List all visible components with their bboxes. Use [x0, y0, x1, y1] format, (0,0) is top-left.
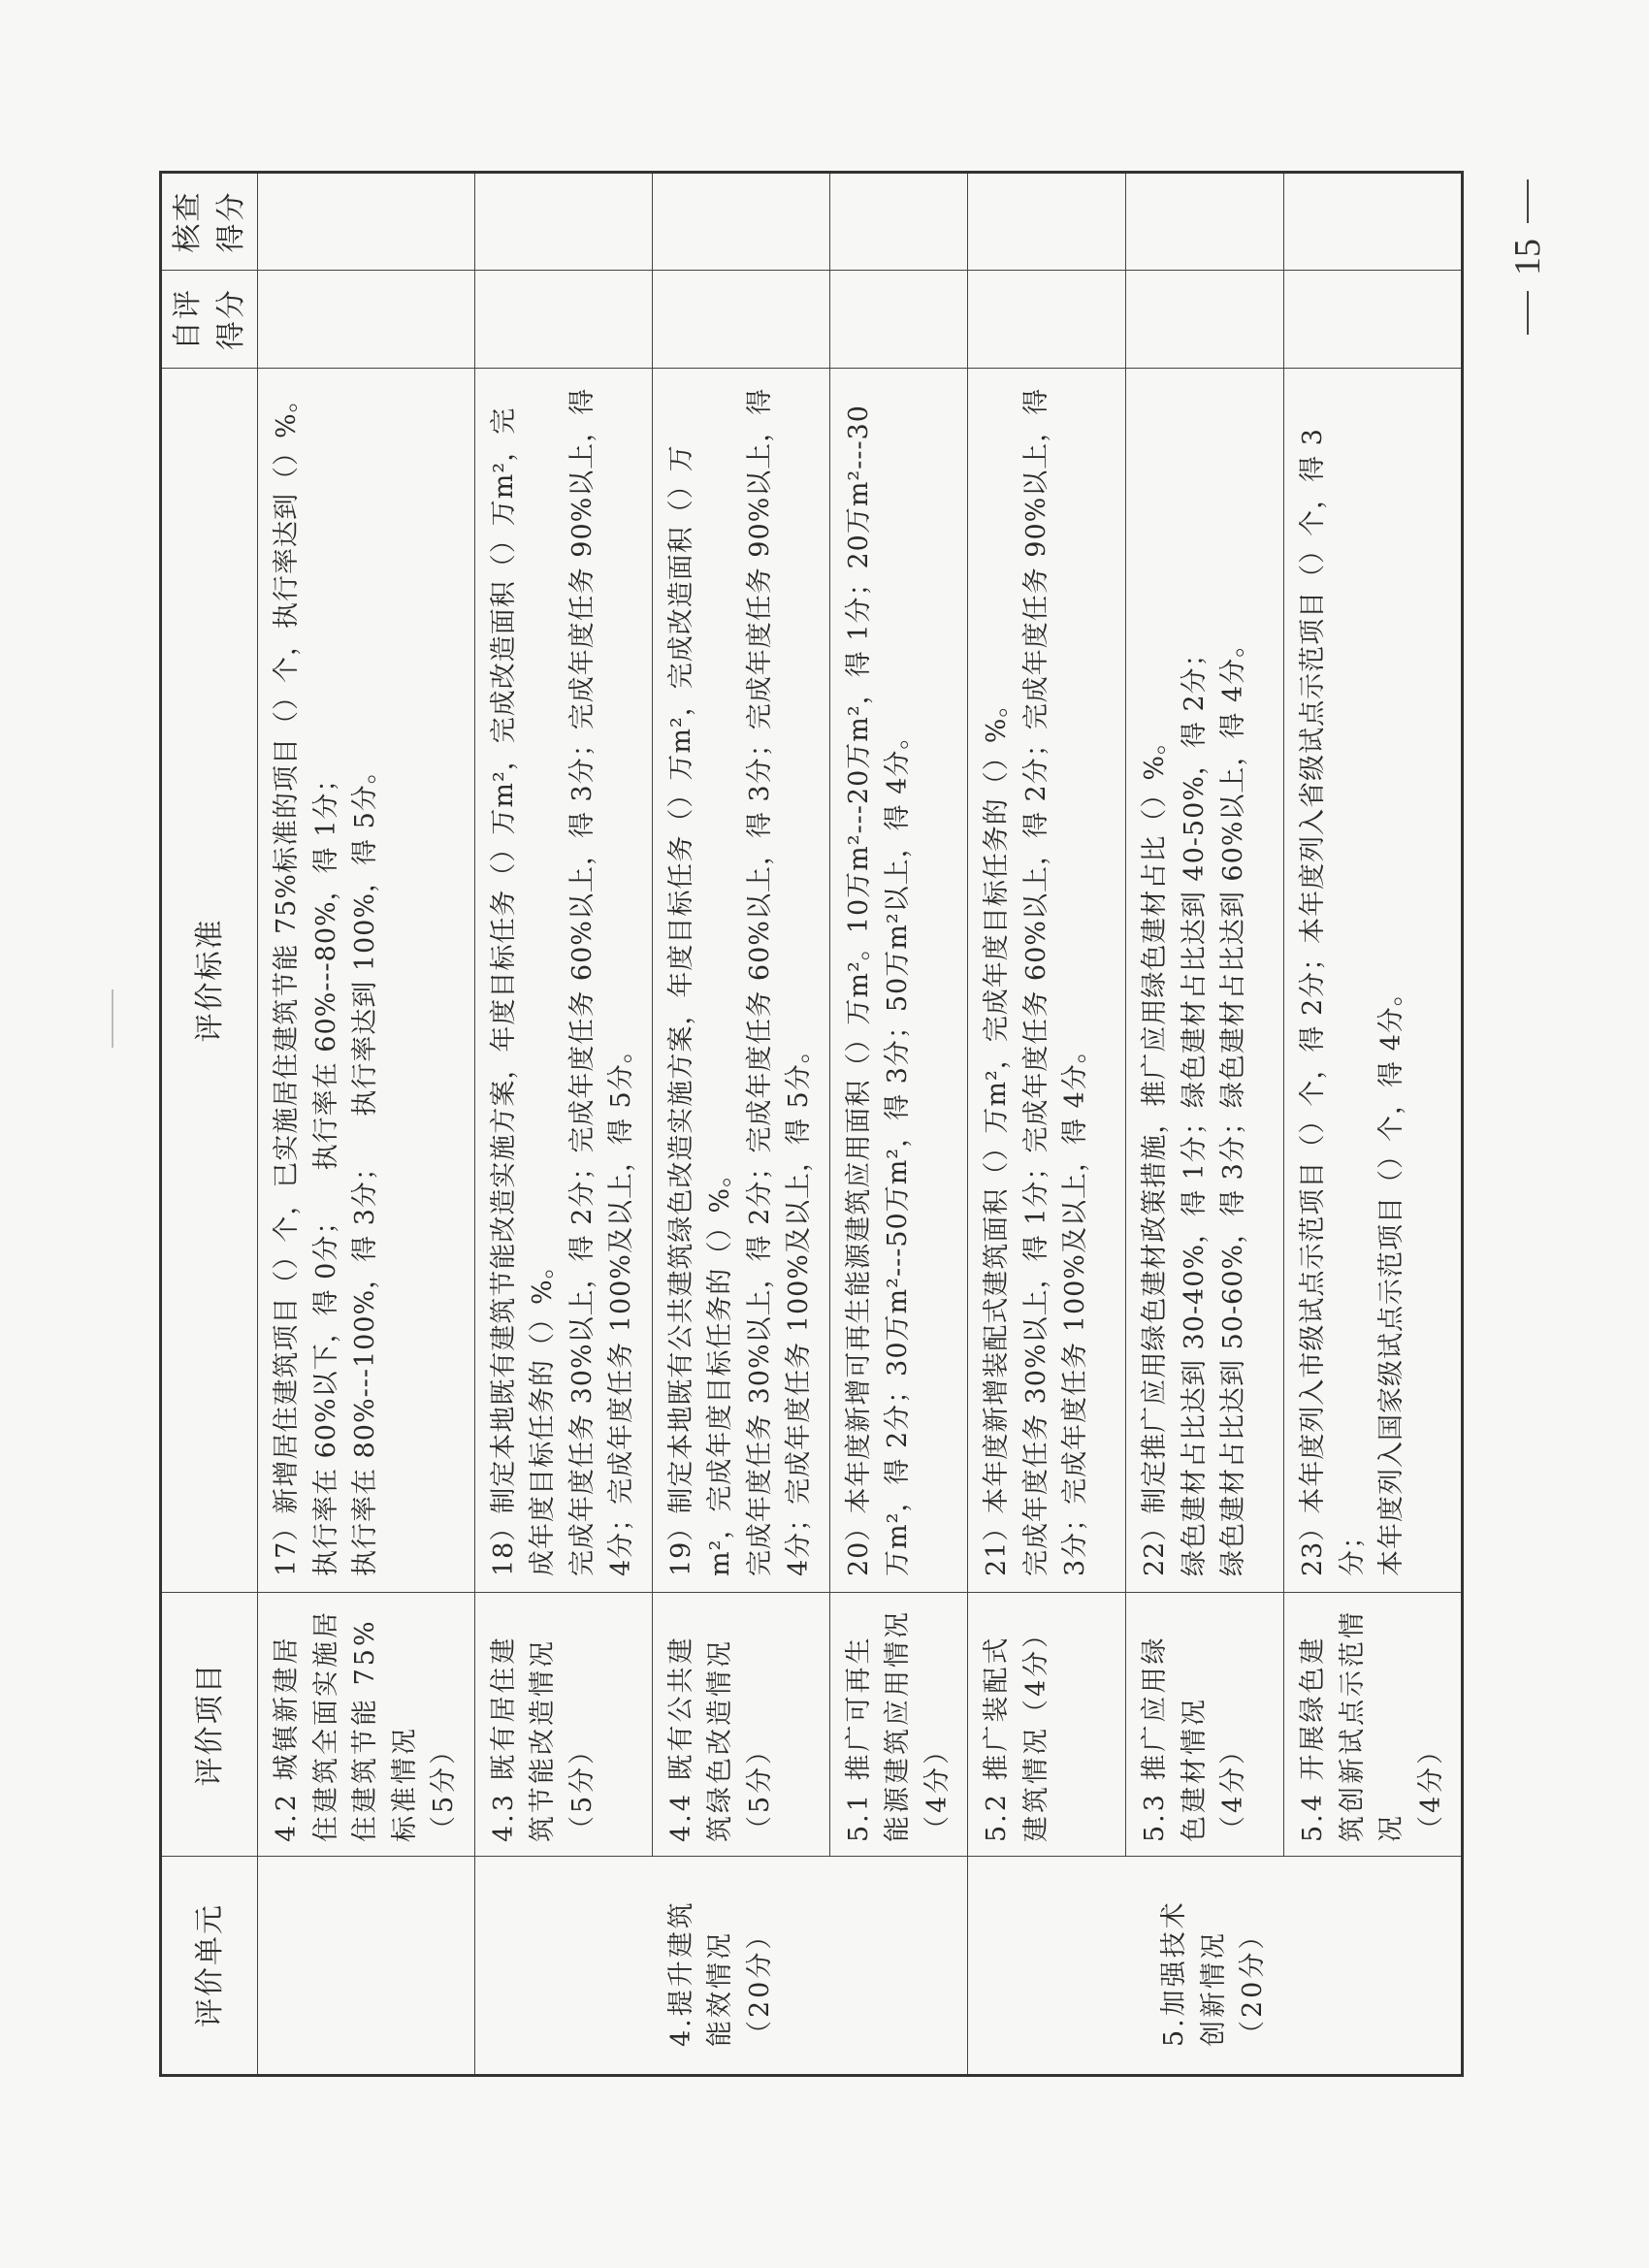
self-score-cell[interactable]	[1126, 271, 1284, 369]
check-score-cell[interactable]	[258, 173, 475, 271]
table-header-row: 评价单元 评价项目 评价标准 自评 得分 核查 得分	[161, 173, 258, 2076]
criteria-line: 执行率在 60%以下，得 0分； 执行率在 60%---80%，得 1分；	[307, 384, 347, 1576]
criteria-line: 20）本年度新增可再生能源建筑应用面积（）万m²。10万m²---20万m²，得…	[840, 384, 919, 1576]
evaluation-item: 4.3 既有居住建筑节能改造情况 （5分）	[474, 1593, 652, 1857]
table-row: 5.3 推广应用绿色建材情况 （4分）22）制定推广应用绿色建材政策措施，推广应…	[1126, 173, 1284, 2076]
page-number-text: 15	[1506, 239, 1549, 275]
evaluation-criteria: 19）制定本地既有公共建筑绿色改造实施方案，年度目标任务（）万m²，完成改造面积…	[652, 369, 829, 1593]
table-row: 4.提升建筑 能效情况 （20分）4.3 既有居住建筑节能改造情况 （5分）18…	[474, 173, 652, 2076]
check-score-cell[interactable]	[474, 173, 652, 271]
criteria-line: 22）制定推广应用绿色建材政策措施，推广应用绿色建材占比（）%。	[1136, 384, 1176, 1576]
evaluation-item: 4.4 既有公共建筑绿色改造情况 （5分）	[652, 1593, 829, 1857]
evaluation-criteria: 23）本年度列入市级试点示范项目（）个，得 2分；本年度列入省级试点示范项目（）…	[1284, 369, 1463, 1593]
evaluation-unit-cell: 4.提升建筑 能效情况 （20分）	[474, 1857, 968, 2076]
check-score-cell[interactable]	[829, 173, 968, 271]
criteria-line: 23）本年度列入市级试点示范项目（）个，得 2分；本年度列入省级试点示范项目（）…	[1294, 384, 1373, 1576]
evaluation-unit-label: 5.加强技术 创新情况 （20分）	[1155, 1866, 1274, 2047]
criteria-line: 本年度列入国家级试点示范项目（）个，得 4分。	[1373, 384, 1412, 1576]
page-number: 15	[1499, 179, 1557, 335]
evaluation-unit-cell: 5.加强技术 创新情况 （20分）	[968, 1857, 1463, 2076]
evaluation-criteria: 18）制定本地既有建筑节能改造实施方案，年度目标任务（）万m²，完成改造面积（）…	[474, 369, 652, 1593]
page-number-dash-top	[1527, 179, 1529, 223]
criteria-line: 完成年度任务 30%以上，得 1分；完成年度任务 60%以上，得 2分；完成年度…	[1018, 384, 1096, 1576]
header-self-score: 自评 得分	[161, 271, 258, 369]
page-number-dash-bottom	[1527, 291, 1529, 335]
self-score-cell[interactable]	[652, 271, 829, 369]
evaluation-criteria: 22）制定推广应用绿色建材政策措施，推广应用绿色建材占比（）%。绿色建材占比达到…	[1126, 369, 1284, 1593]
evaluation-item: 5.4 开展绿色建筑创新试点示范情况 （4分）	[1284, 1593, 1463, 1857]
header-criteria: 评价标准	[161, 369, 258, 1593]
evaluation-criteria: 20）本年度新增可再生能源建筑应用面积（）万m²。10万m²---20万m²，得…	[829, 369, 968, 1593]
criteria-line: 绿色建材占比达到 30-40%，得 1分；绿色建材占比达到 40-50%，得 2…	[1176, 384, 1215, 1576]
criteria-line: 完成年度任务 30%以上，得 2分；完成年度任务 60%以上，得 3分；完成年度…	[741, 384, 820, 1576]
header-unit: 评价单元	[161, 1857, 258, 2076]
evaluation-unit-cell-empty	[258, 1857, 475, 2076]
rotated-table-container: 评价单元 评价项目 评价标准 自评 得分 核查 得分 4.2 城镇新建居住建筑全…	[159, 174, 1335, 2077]
evaluation-item: 5.3 推广应用绿色建材情况 （4分）	[1126, 1593, 1284, 1857]
criteria-line: 21）本年度新增装配式建筑面积（）万m²，完成年度目标任务的（）%。	[978, 384, 1018, 1576]
self-score-cell[interactable]	[968, 271, 1126, 369]
check-score-cell[interactable]	[1126, 173, 1284, 271]
criteria-line: 执行率在 80%---100%，得 3分； 执行率达到 100%，得 5分。	[346, 384, 386, 1576]
evaluation-item: 5.2 推广装配式建筑情况（4分）	[968, 1593, 1126, 1857]
table-row: 5.1 推广可再生能源建筑应用情况 （4分）20）本年度新增可再生能源建筑应用面…	[829, 173, 968, 2076]
table-row: 4.4 既有公共建筑绿色改造情况 （5分）19）制定本地既有公共建筑绿色改造实施…	[652, 173, 829, 2076]
check-score-cell[interactable]	[652, 173, 829, 271]
evaluation-item: 4.2 城镇新建居住建筑全面实施居住建筑节能 75%标准情况 （5分）	[258, 1593, 475, 1857]
criteria-line: 17）新增居住建筑项目（）个，已实施居住建筑节能 75%标准的项目（）个，执行率…	[268, 384, 307, 1576]
evaluation-criteria: 21）本年度新增装配式建筑面积（）万m²，完成年度目标任务的（）%。完成年度任务…	[968, 369, 1126, 1593]
check-score-cell[interactable]	[1284, 173, 1463, 271]
header-check-score: 核查 得分	[161, 173, 258, 271]
criteria-line: 完成年度任务 30%以上，得 2分；完成年度任务 60%以上，得 3分；完成年度…	[564, 384, 642, 1576]
evaluation-table: 评价单元 评价项目 评价标准 自评 得分 核查 得分 4.2 城镇新建居住建筑全…	[159, 171, 1464, 2077]
criteria-line: 18）制定本地既有建筑节能改造实施方案，年度目标任务（）万m²，完成改造面积（）…	[485, 384, 564, 1576]
evaluation-item: 5.1 推广可再生能源建筑应用情况 （4分）	[829, 1593, 968, 1857]
self-score-cell[interactable]	[258, 271, 475, 369]
criteria-line: 19）制定本地既有公共建筑绿色改造实施方案，年度目标任务（）万m²，完成改造面积…	[663, 384, 741, 1576]
evaluation-criteria: 17）新增居住建筑项目（）个，已实施居住建筑节能 75%标准的项目（）个，执行率…	[258, 369, 475, 1593]
table-row: 5.4 开展绿色建筑创新试点示范情况 （4分）23）本年度列入市级试点示范项目（…	[1284, 173, 1463, 2076]
scan-mark	[112, 989, 113, 1048]
self-score-cell[interactable]	[1284, 271, 1463, 369]
self-score-cell[interactable]	[474, 271, 652, 369]
criteria-line: 绿色建材占比达到 50-60%，得 3分；绿色建材占比达到 60%以上，得 4分…	[1214, 384, 1254, 1576]
table-row: 5.加强技术 创新情况 （20分）5.2 推广装配式建筑情况（4分）21）本年度…	[968, 173, 1126, 2076]
table-row: 4.2 城镇新建居住建筑全面实施居住建筑节能 75%标准情况 （5分）17）新增…	[258, 173, 475, 2076]
evaluation-unit-label: 4.提升建筑 能效情况 （20分）	[663, 1866, 781, 2047]
check-score-cell[interactable]	[968, 173, 1126, 271]
self-score-cell[interactable]	[829, 271, 968, 369]
header-item: 评价项目	[161, 1593, 258, 1857]
